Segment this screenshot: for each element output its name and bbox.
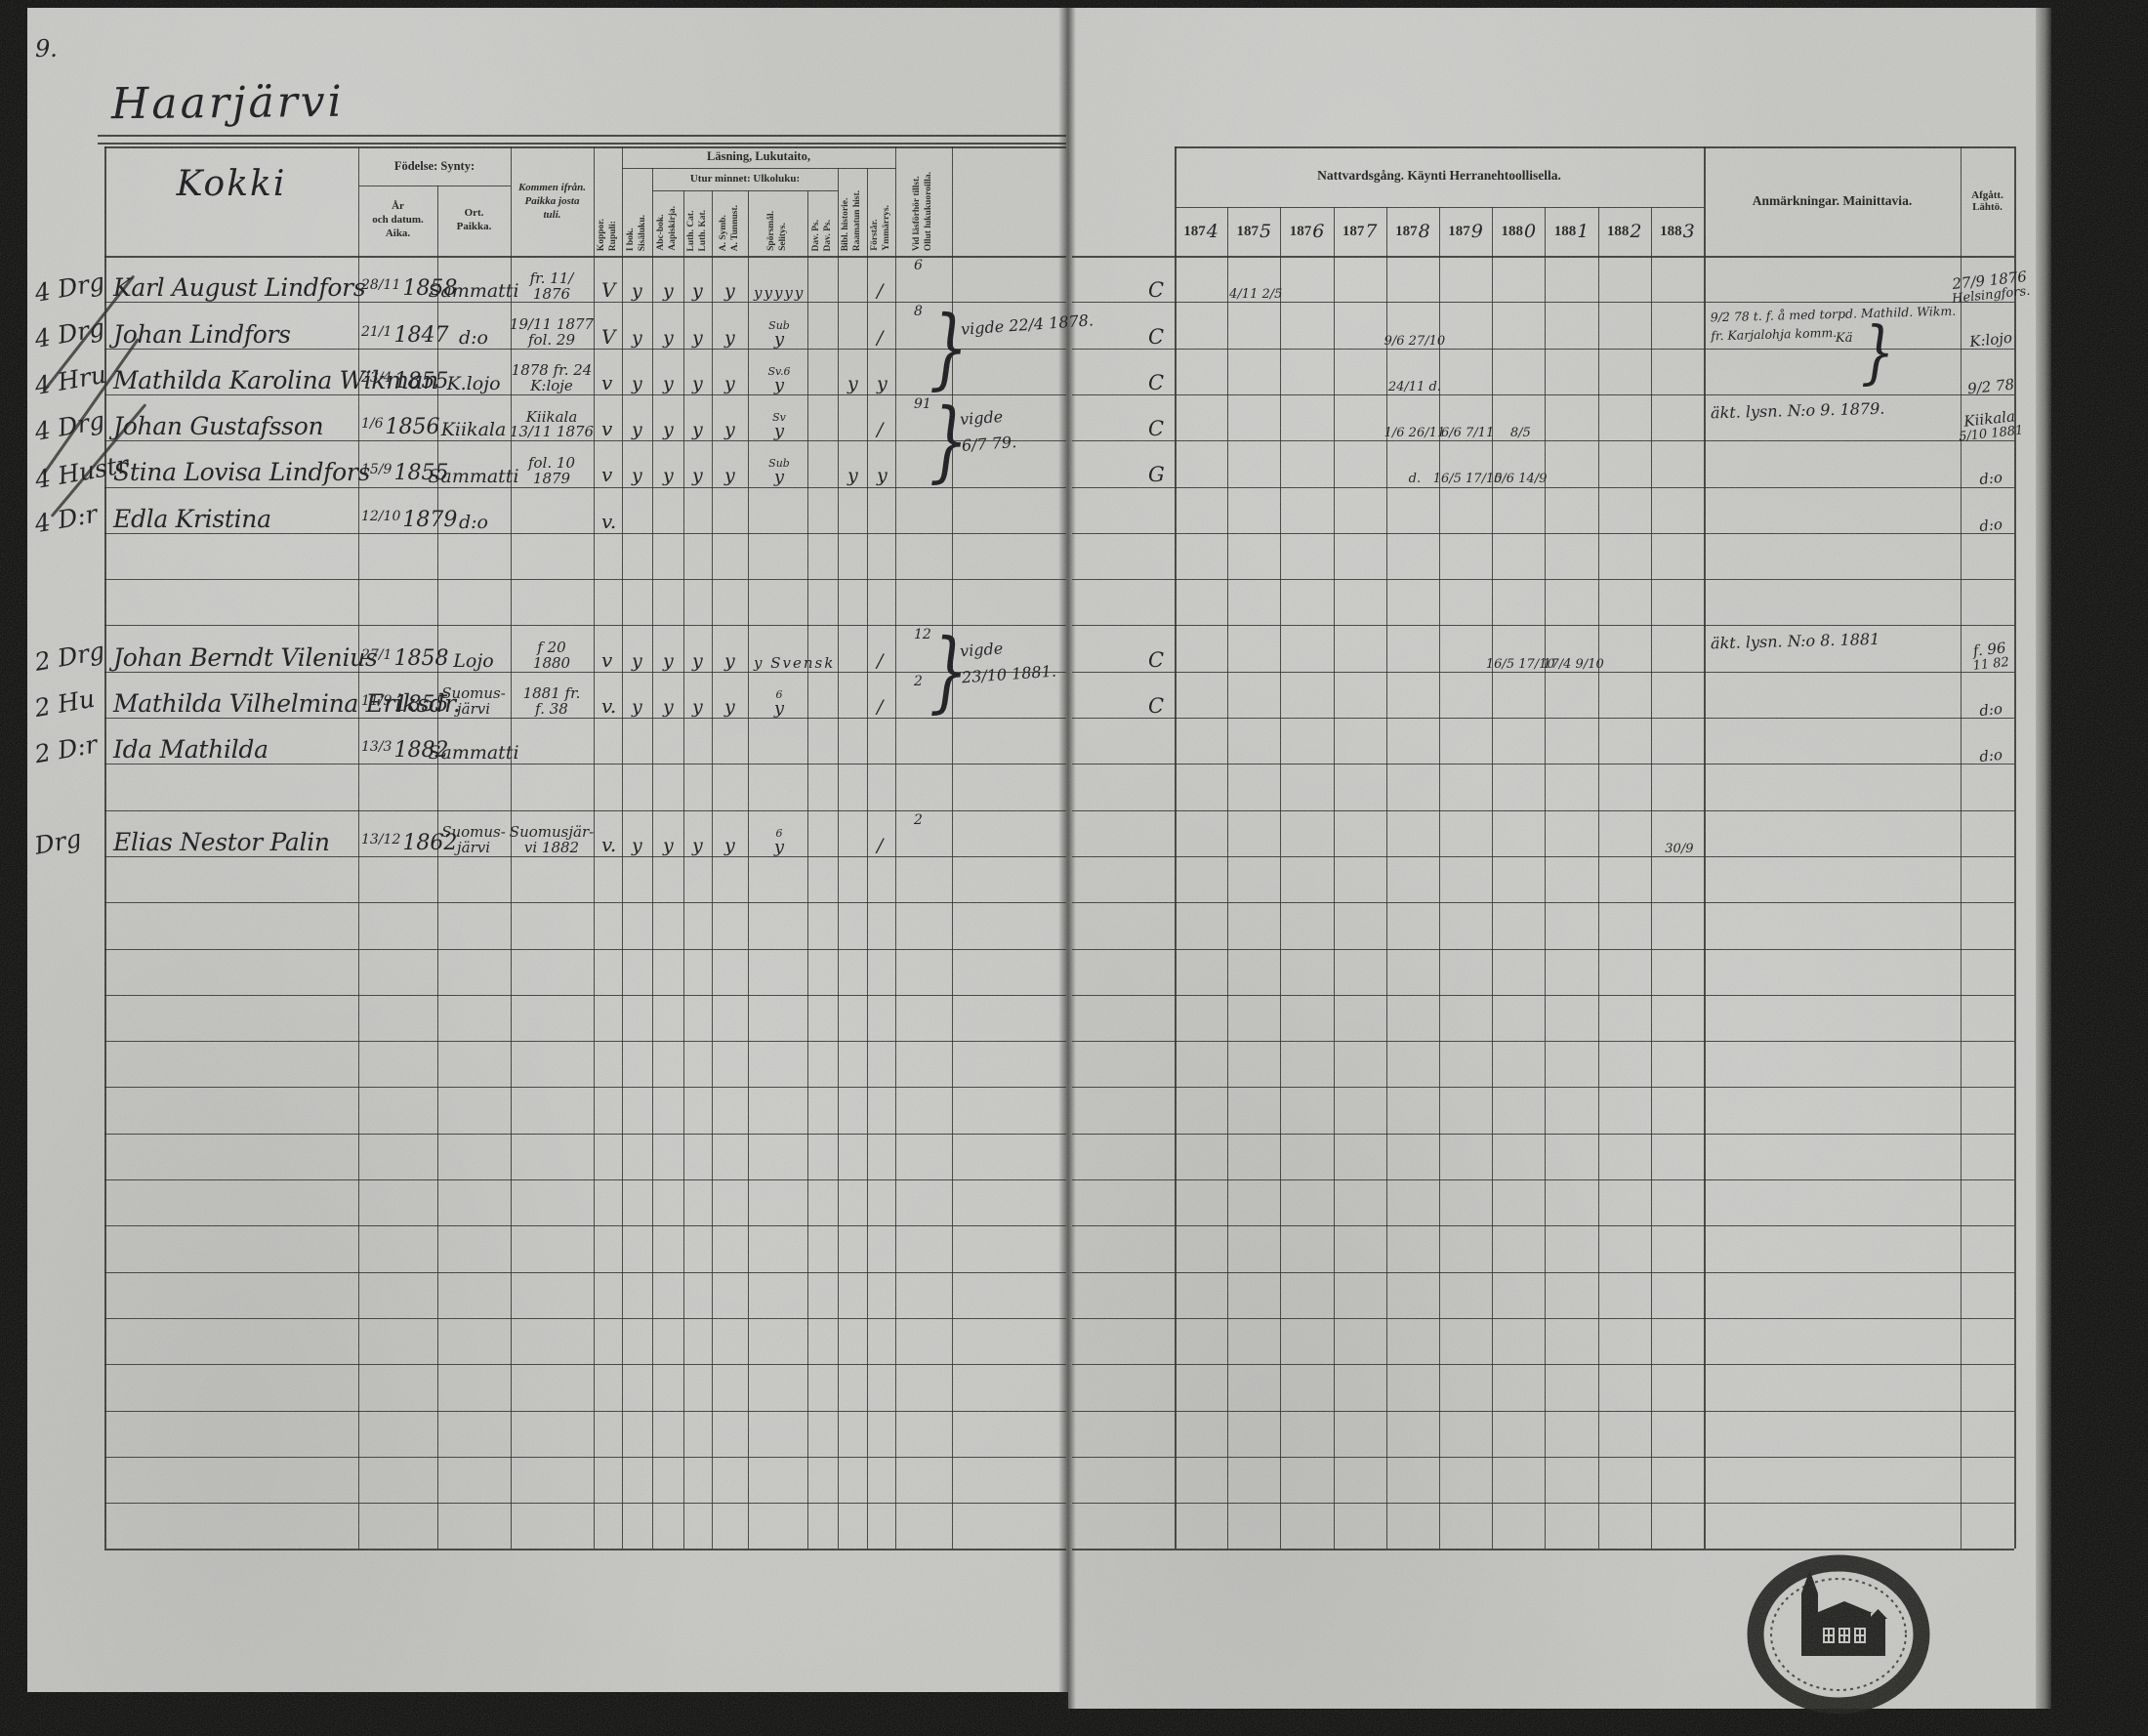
header-came-from: Kommen ifrån. Paikka josta tuli. — [511, 146, 594, 256]
header-abc-book: Abc-bok. Aapiskirja. — [652, 190, 683, 256]
birth-date: 21/1 — [361, 324, 392, 349]
grid-vline — [1651, 207, 1652, 1549]
grid-vline — [712, 190, 713, 1549]
reading-mark: y — [724, 625, 735, 671]
reading-mark: y — [632, 394, 642, 440]
birth-date: 13/3 — [361, 739, 392, 764]
understanding-mark: / — [877, 394, 883, 440]
grid-vline — [1598, 207, 1599, 1549]
year-digit: 1 — [1577, 221, 1589, 242]
questions-mark: yyyyy — [754, 256, 805, 302]
year-label: 1878 — [1386, 209, 1439, 254]
questions-mark: y Svensk — [754, 625, 835, 671]
questions-mark: 6y — [750, 810, 808, 856]
reading-mark: y — [692, 349, 703, 394]
reading-mark: y — [692, 394, 703, 440]
year-label: 1880 — [1492, 209, 1545, 254]
header-questions: Spörsmål. Selitys. — [748, 190, 807, 256]
header-birth-place: Ort. Paikka. — [437, 186, 511, 256]
understanding-mark: y — [877, 349, 888, 394]
grid-vline — [1386, 207, 1387, 1549]
bible-history-mark: y — [847, 440, 858, 486]
header-bible-history: Bibl. historie. Raamatun hist. — [838, 168, 867, 256]
brace-glyph: } — [1861, 311, 1894, 392]
reading-mark: y — [632, 672, 642, 718]
came-from-cell-line: 1880 — [533, 656, 570, 672]
grid-hline — [1072, 1503, 2014, 1504]
communion-date: 5/6 14/9 — [1494, 440, 1547, 486]
attendance-number: 2 — [914, 674, 923, 689]
header-communion: Nattvardsgång. Käynti Herranehtoollisell… — [1175, 146, 1704, 205]
came-from-cell-line: f. 38 — [535, 702, 568, 718]
reading-mark: y — [632, 440, 642, 486]
year-label: 1875 — [1227, 209, 1280, 254]
bible-history-mark: y — [847, 349, 858, 394]
understanding-mark: y — [877, 440, 888, 486]
name-cell: Edla Kristina — [113, 487, 271, 534]
year-label: 1881 — [1545, 209, 1597, 254]
communion-margin-letter: C — [1148, 349, 1164, 394]
came-from-cell: fol. 101879 — [498, 440, 605, 486]
grid-hline — [1072, 1134, 2014, 1135]
birth-date: 1/6 — [361, 416, 384, 440]
grid-hline — [1175, 146, 2014, 148]
grid-hline — [1072, 256, 2014, 258]
understanding-mark: / — [877, 256, 883, 302]
birth-date: 28/11 — [361, 277, 400, 302]
smallpox-mark: v. — [601, 810, 616, 856]
header-departed: Afgått. Lähtö. — [1961, 146, 2014, 256]
questions-mark-line: y — [774, 423, 784, 440]
year-label: 1877 — [1334, 209, 1386, 254]
communion-margin-letter: C — [1148, 625, 1164, 671]
departed-line: d:o — [1979, 517, 2003, 534]
grid-hline — [1072, 1179, 2014, 1180]
year-digit: 3 — [1683, 221, 1695, 242]
communion-margin-letter: C — [1148, 672, 1164, 718]
book-fold — [1058, 8, 1076, 1709]
grid-hline — [1072, 810, 2014, 811]
grid-hline — [1072, 1225, 2014, 1226]
grid-hline — [1072, 1411, 2014, 1412]
birth-place-cell-line: Sammatti — [428, 744, 518, 764]
header-by-heart-group: Utur minnet: Ulkoluku: — [652, 167, 838, 189]
grid-hline — [652, 190, 838, 191]
grid-vline — [748, 190, 749, 1549]
year-digit: 4 — [1207, 221, 1219, 242]
reading-mark: y — [724, 810, 735, 856]
remark-brace: } — [1861, 313, 1894, 390]
reading-mark: y — [632, 302, 642, 348]
name-cell: Ida Mathilda — [113, 718, 268, 765]
questions-mark-line: y — [774, 377, 784, 394]
grid-hline — [358, 186, 511, 186]
communion-date: 6/6 7/11 — [1441, 394, 1494, 440]
grid-hline — [1072, 764, 2014, 765]
brace-glyph: } — [929, 297, 968, 400]
year-digit: 187 — [1448, 224, 1470, 240]
reading-mark: y — [724, 440, 735, 486]
year-digit: 187 — [1183, 224, 1206, 240]
came-from-cell: 1878 fr. 24K:loje — [498, 349, 605, 394]
birth-date: 23/4 — [361, 370, 392, 394]
grid-hline — [1072, 487, 2014, 488]
row-label: 4 D:r — [29, 481, 100, 540]
grid-vline — [838, 168, 839, 1549]
header-remarks: Anmärkningar. Mainittavia. — [1704, 146, 1961, 256]
reading-mark: y — [692, 625, 703, 671]
year-digit: 188 — [1660, 224, 1682, 240]
grid-vline — [1334, 207, 1335, 1549]
reading-mark: y — [632, 256, 642, 302]
year-digit: 0 — [1524, 221, 1536, 242]
year-digit: 188 — [1607, 224, 1630, 240]
questions-mark: Suby — [750, 302, 808, 348]
smallpox-mark: V — [601, 256, 615, 302]
grid-hline — [104, 1134, 1066, 1135]
smallpox-mark: v — [601, 394, 612, 440]
reading-mark: y — [663, 256, 674, 302]
grid-hline — [1072, 533, 2014, 534]
grid-hline — [98, 135, 1066, 137]
reading-mark: y — [663, 810, 674, 856]
grid-vline — [622, 146, 623, 1549]
year-digit: 187 — [1395, 224, 1418, 240]
year-digit: 8 — [1419, 221, 1430, 242]
name-cell: Johan Berndt Vilenius — [113, 625, 377, 672]
birth-place-cell-line: d:o — [459, 514, 488, 533]
questions-mark-line: y — [774, 700, 784, 718]
year-label: 1883 — [1651, 209, 1704, 254]
header-understanding: Förstår. Ymmärrys. — [867, 168, 895, 256]
reading-mark: y — [692, 256, 703, 302]
grid-hline — [104, 1457, 1066, 1458]
grid-hline — [104, 1364, 1066, 1365]
reading-mark: y — [692, 440, 703, 486]
grid-vline — [867, 168, 868, 1549]
grid-vline — [1227, 207, 1228, 1549]
birth-date: 12/10 — [361, 509, 400, 533]
name-cell: Elias Nestor Palin — [113, 810, 330, 857]
grid-hline — [1072, 1272, 2014, 1273]
header-reading-group: Läsning, Lukutaito, — [622, 145, 895, 167]
grid-hline — [1072, 579, 2014, 580]
grid-hline — [104, 1041, 1066, 1042]
name-cell: Stina Lovisa Lindfors — [113, 440, 370, 487]
understanding-mark: / — [877, 810, 883, 856]
birth-place-cell: d:o — [420, 487, 527, 533]
grid-hline — [104, 1179, 1066, 1180]
grid-vline — [104, 146, 106, 1549]
header-in-book: I bok. Sisäluku. — [622, 168, 652, 256]
departed-line: d:o — [1979, 747, 2003, 765]
grid-hline — [1072, 1364, 2014, 1365]
grid-hline — [1072, 1457, 2014, 1458]
questions-mark: Sv.6y — [750, 349, 808, 394]
communion-date: 9/6 27/10 — [1388, 302, 1441, 348]
year-label: 1879 — [1439, 209, 1492, 254]
communion-date: 1/6 26/11 — [1388, 394, 1441, 440]
year-digit: 6 — [1312, 221, 1324, 242]
communion-margin-letter: G — [1148, 440, 1165, 486]
grid-vline — [652, 168, 653, 1549]
header-birth-date: År och datum. Aika. — [358, 186, 437, 256]
birth-date: 15/9 — [361, 462, 392, 486]
grid-hline — [1072, 856, 2014, 857]
name-cell: Karl August Lindfors — [113, 256, 365, 303]
smallpox-mark: v. — [601, 672, 616, 718]
grid-hline — [1072, 1318, 2014, 1319]
grid-hline — [104, 1411, 1066, 1412]
reading-mark: y — [663, 349, 674, 394]
communion-date: 17/4 9/10 — [1547, 625, 1599, 671]
questions-mark-line: y — [774, 331, 784, 349]
reading-mark: y — [724, 302, 735, 348]
remark-brace-word: Kä — [1836, 331, 1852, 346]
smallpox-mark: v — [601, 440, 612, 486]
birth-date: 13/12 — [361, 832, 400, 856]
came-from-cell: f 201880 — [498, 625, 605, 671]
attendance-number: 2 — [914, 812, 923, 828]
year-label: 1876 — [1280, 209, 1333, 254]
questions-mark: 6y — [750, 672, 808, 718]
marriage-note: vigde6/7 79. — [959, 402, 1017, 459]
questions-mark: Suby — [750, 440, 808, 486]
communion-margin-letter: C — [1148, 302, 1164, 348]
communion-date: 8/5 — [1494, 394, 1547, 440]
birth-place-cell-line: d:o — [459, 329, 488, 349]
grid-vline — [895, 146, 896, 1549]
smallpox-mark: v. — [601, 487, 616, 533]
attendance-number: 6 — [914, 258, 923, 273]
name-cell: Johan Lindfors — [113, 302, 291, 349]
communion-date: 16/5 17/10 — [1494, 625, 1547, 671]
reading-mark: y — [724, 672, 735, 718]
birth-date: 11/9 — [361, 693, 392, 718]
reading-mark: y — [663, 394, 674, 440]
reading-mark: y — [663, 672, 674, 718]
came-from-cell-line: K:loje — [530, 379, 573, 394]
grid-hline — [1072, 949, 2014, 950]
year-digit: 9 — [1471, 221, 1483, 242]
grid-hline — [104, 995, 1066, 996]
grid-hline — [104, 1272, 1066, 1273]
understanding-mark: / — [877, 302, 883, 348]
understanding-mark: / — [877, 625, 883, 671]
header-psalms: Dav. Ps. Dav. Ps. — [807, 190, 838, 256]
header-smallpox: Koppor. Rupuli: — [594, 146, 622, 256]
grid-hline — [1072, 302, 2014, 303]
grid-hline — [1072, 902, 2014, 903]
header-birth-group: Födelse: Synty: — [358, 146, 511, 186]
village-title: Haarjärvi — [111, 77, 345, 129]
came-from-cell-line: fol. 29 — [528, 333, 575, 349]
row-label: Drg — [29, 806, 84, 862]
year-digit: 188 — [1554, 224, 1577, 240]
questions-mark-line: y — [774, 469, 784, 486]
birth-place-cell: Sammatti — [420, 718, 527, 764]
grid-hline — [1072, 672, 2014, 673]
grid-hline — [1072, 718, 2014, 719]
grid-hline — [104, 1318, 1066, 1319]
communion-margin-letter: C — [1148, 256, 1164, 302]
grid-hline — [1072, 995, 2014, 996]
reading-mark: y — [632, 625, 642, 671]
grid-hline — [104, 949, 1066, 950]
grid-hline — [1072, 1087, 2014, 1088]
reading-mark: y — [724, 349, 735, 394]
header-symbolum: A. Symb. A. Tunnust. — [712, 190, 748, 256]
communion-date: 4/11 2/5 — [1229, 256, 1282, 302]
year-digit: 187 — [1236, 224, 1259, 240]
name-cell: Johan Gustafsson — [113, 394, 323, 441]
reading-mark: y — [663, 302, 674, 348]
came-from-cell: Kiikala13/11 1876 — [498, 394, 605, 440]
year-digit: 188 — [1501, 224, 1523, 240]
header-catechism: Luth. Cat. Luth. Kat. — [683, 190, 712, 256]
attendance-number: 8 — [914, 304, 923, 319]
reading-mark: y — [663, 440, 674, 486]
year-digit: 187 — [1290, 224, 1312, 240]
came-from-cell-line: vi 1882 — [524, 841, 579, 856]
birth-place-cell-line: K.lojo — [446, 375, 500, 394]
communion-date: 30/9 — [1653, 810, 1706, 856]
came-from-cell: fr. 11/1876 — [498, 256, 605, 302]
grid-hline — [104, 146, 1066, 148]
reading-mark: y — [724, 394, 735, 440]
understanding-mark: / — [877, 672, 883, 718]
communion-margin-letter: C — [1148, 394, 1164, 440]
communion-date: 16/5 17/10 — [1441, 440, 1494, 486]
year-digit: 2 — [1630, 221, 1641, 242]
marriage-note: vigde23/10 1881. — [959, 632, 1057, 691]
grid-hline — [98, 143, 1066, 145]
birth-place-cell-line: Lojo — [453, 652, 493, 672]
farm-name: Kokki — [104, 164, 358, 204]
came-from-cell: Suomusjär-vi 1882 — [498, 810, 605, 856]
year-digit: 187 — [1342, 224, 1365, 240]
header-attendance: Vid läsförhör tillst. Ollut lukukuoroill… — [895, 146, 952, 256]
parish-church-stamp-icon — [1746, 1554, 1931, 1720]
page-number: 9. — [35, 35, 58, 62]
reading-mark: y — [724, 256, 735, 302]
came-from-cell-line: 13/11 1876 — [510, 425, 594, 440]
questions-mark: Svy — [750, 394, 808, 440]
birth-place-cell-line: järvi — [457, 702, 490, 718]
came-from-cell-line: 1879 — [533, 472, 570, 487]
scanned-register-spread: 9. Haarjärvi Kokki Födelse: Synty: År oc… — [0, 0, 2148, 1736]
grid-hline — [622, 168, 895, 169]
reading-mark: y — [692, 810, 703, 856]
year-digit: 7 — [1365, 221, 1377, 242]
right-page — [1068, 8, 2036, 1709]
year-label: 1882 — [1598, 209, 1651, 254]
year-label: 1874 — [1175, 209, 1227, 254]
reading-mark: y — [692, 672, 703, 718]
communion-date: 24/11 d. — [1388, 349, 1441, 394]
marriage-note-line: 6/7 79. — [961, 429, 1017, 459]
grid-hline — [104, 1225, 1066, 1226]
grid-vline — [1175, 146, 1177, 1549]
came-from-cell: 19/11 1877fol. 29 — [498, 302, 605, 348]
year-digit: 5 — [1260, 221, 1271, 242]
grid-hline — [1072, 1549, 2014, 1550]
smallpox-mark: v — [601, 349, 612, 394]
grid-hline — [104, 1087, 1066, 1088]
grid-hline — [104, 902, 1066, 903]
reading-mark: y — [692, 302, 703, 348]
marriage-note-line: vigde — [959, 402, 1015, 433]
grid-vline — [1280, 207, 1281, 1549]
grid-hline — [104, 579, 1066, 580]
birth-place-cell-line: Kiikala — [441, 421, 507, 440]
came-from-cell: 1881 fr.f. 38 — [498, 672, 605, 718]
smallpox-mark: V — [601, 302, 615, 348]
grid-hline — [1072, 1041, 2014, 1042]
reading-mark: y — [632, 810, 642, 856]
smallpox-mark: v — [601, 625, 612, 671]
birth-date: 27/1 — [361, 647, 392, 672]
reading-mark: y — [632, 349, 642, 394]
birth-place-cell-line: järvi — [457, 841, 490, 856]
grid-hline — [104, 1503, 1066, 1504]
grid-hline — [104, 1549, 1066, 1550]
grid-vline — [683, 190, 684, 1549]
came-from-cell-line: 1876 — [533, 287, 570, 303]
reading-mark: y — [663, 625, 674, 671]
questions-mark-line: y — [774, 839, 784, 856]
